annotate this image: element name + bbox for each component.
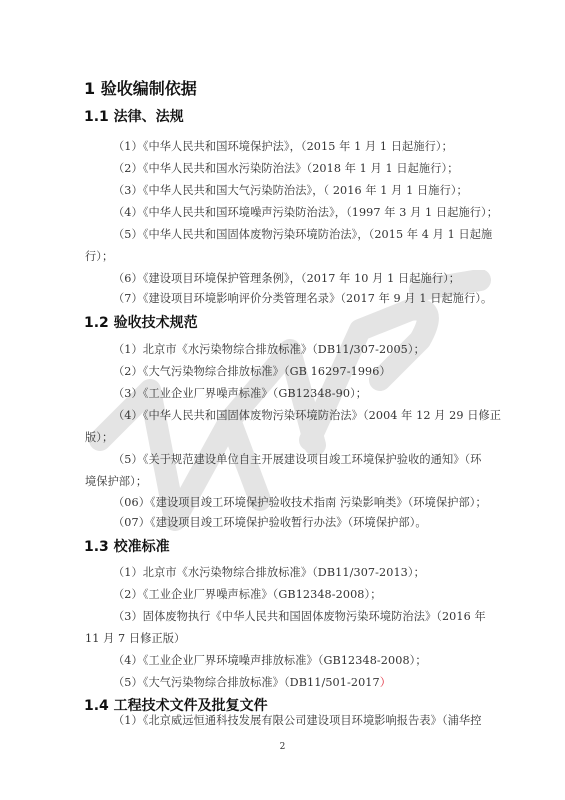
page-number: 2 <box>0 742 565 752</box>
list-item: （5）《关于规范建设单位自主开展建设项目竣工环境保护验收的通知》（环 <box>113 451 482 467</box>
section-title-1-2: 1.2 验收技术规范 <box>84 312 198 332</box>
list-item: （3）固体废物执行《中华人民共和国固体废物污染环境防治法》（2016 年 <box>113 608 486 624</box>
closing-paren-red: ） <box>380 676 391 689</box>
list-item: （5）《大气污染物综合排放标准》（DB11/501-2017） <box>113 674 391 690</box>
list-item: （1）《北京威远恒通科技发展有限公司建设项目环境影响报告表》（浦华控 <box>113 712 482 728</box>
list-item: （5）《中华人民共和国固体废物污染环境防治法》，（2015 年 4 月 1 日起… <box>113 226 492 242</box>
list-item: （4）《工业企业厂界环境噪声排放标准》（GB12348-2008）； <box>113 652 427 668</box>
document-page: 1 验收编制依据 1.1 法律、法规 （1）《中华人民共和国环境保护法》，（20… <box>0 0 565 800</box>
list-item-continuation: 11 月 7 日修正版） <box>85 630 185 646</box>
list-item-text: （5）《大气污染物综合排放标准》（DB11/501-2017 <box>113 676 380 689</box>
list-item: （1）北京市《水污染物综合排放标准》（DB11/307-2005）； <box>113 341 425 357</box>
list-item: （4）《中华人民共和国固体废物污染环境防治法》（2004 年 12 月 29 日… <box>113 407 501 423</box>
section-title-1-1: 1.1 法律、法规 <box>84 106 184 126</box>
list-item: （3）《工业企业厂界噪声标准》（GB12348-90）； <box>113 385 367 401</box>
list-item: （1）北京市《水污染物综合排放标准》（DB11/307-2013）； <box>113 564 425 580</box>
section-title-1-3: 1.3 校准标准 <box>84 536 170 556</box>
list-item-continuation: 行）； <box>85 248 113 264</box>
list-item: （2）《中华人民共和国水污染防治法》（2018 年 1 月 1 日起施行）； <box>113 160 458 176</box>
list-item-continuation: 境保护部）； <box>85 473 147 489</box>
list-item: （7）《建设项目环境影响评价分类管理名录》（2017 年 9 月 1 日起施行）… <box>113 290 492 306</box>
list-item: （6）《建设项目环境保护管理条例》，（2017 年 10 月 1 日起施行）； <box>113 270 460 286</box>
list-item: （2）《工业企业厂界噪声标准》（GB12348-2008）； <box>113 586 382 602</box>
list-item-continuation: 版）； <box>85 429 113 445</box>
list-item: （3）《中华人民共和国大气污染防治法》，（ 2016 年 1 月 1 日施行）； <box>113 182 468 198</box>
list-item: （07）《建设项目竣工环境保护验收暂行办法》（环境保护部）。 <box>113 514 427 530</box>
heading-1: 1 验收编制依据 <box>84 76 197 99</box>
list-item: （4）《中华人民共和国环境噪声污染防治法》，（1997 年 3 月 1 日起施行… <box>113 204 498 220</box>
list-item: （1）《中华人民共和国环境保护法》，（2015 年 1 月 1 日起施行）； <box>113 138 453 154</box>
list-item: （2）《大气污染物综合排放标准》（GB 16297-1996） <box>113 363 391 379</box>
list-item: （06）《建设项目竣工环境保护验收技术指南 污染影响类》（环境保护部）； <box>113 494 487 510</box>
